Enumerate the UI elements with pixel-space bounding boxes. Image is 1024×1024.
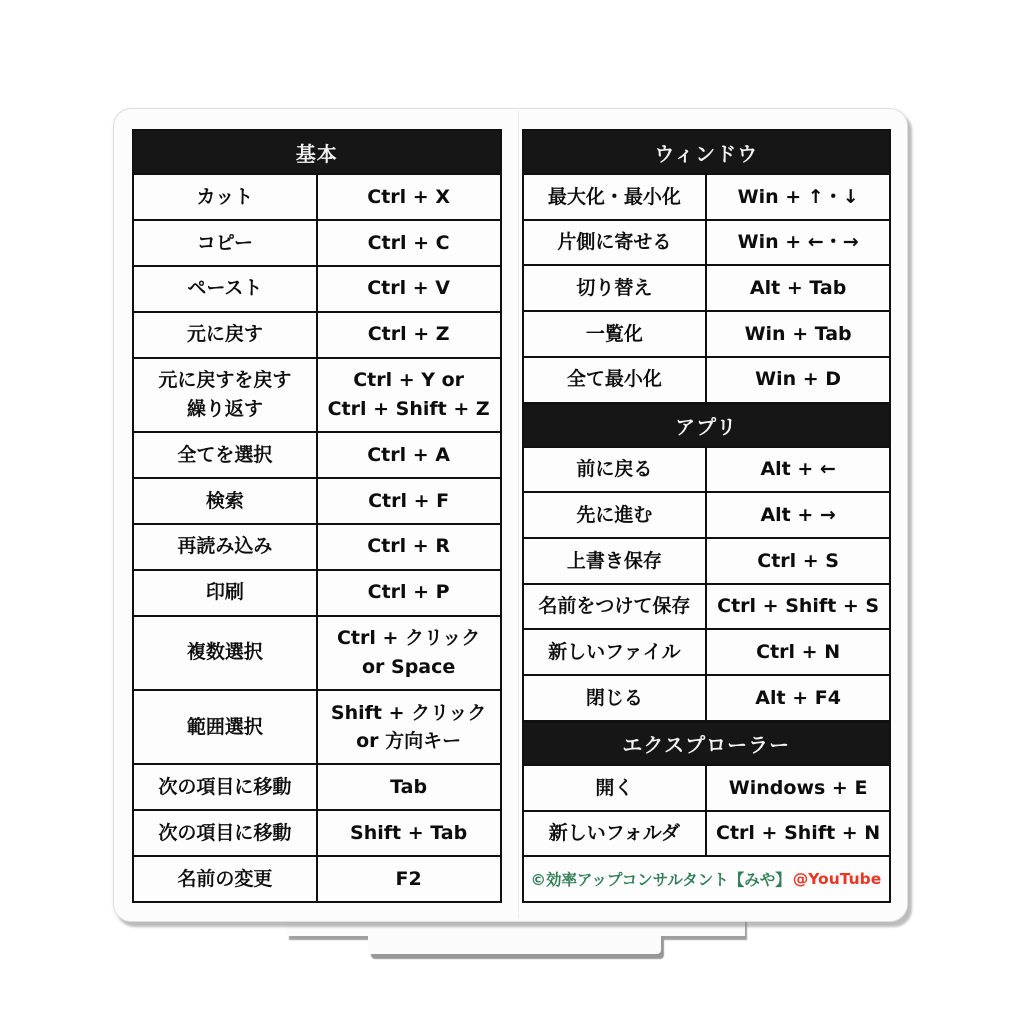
table-row: 先に進む Alt + → bbox=[524, 493, 890, 539]
keys-text: Ctrl + S bbox=[757, 547, 839, 576]
shortcut-keys: Win + D bbox=[707, 358, 889, 402]
table-row: 名前の変更 F2 bbox=[134, 857, 500, 901]
action-text: 片側に寄せる bbox=[557, 228, 671, 257]
action-label: 元に戻す bbox=[134, 313, 318, 357]
action-text: 上書き保存 bbox=[567, 547, 662, 576]
table-app-header: アプリ bbox=[524, 404, 890, 448]
table-row: 切り替え Alt + Tab bbox=[524, 266, 890, 312]
keys-text: Win + D bbox=[755, 365, 841, 394]
action-label: 元に戻すを戻す 繰り返す bbox=[134, 359, 318, 431]
table-row: 最大化・最小化 Win + ↑・↓ bbox=[524, 175, 890, 221]
shortcut-keys: Ctrl + Y or Ctrl + Shift + Z bbox=[318, 359, 500, 431]
table-window-app-explorer: ウィンドウ 最大化・最小化 Win + ↑・↓ 片側に寄せる Win + ←・→… bbox=[522, 129, 892, 903]
keys-text: Alt + Tab bbox=[750, 274, 846, 303]
action-text: 全て最小化 bbox=[567, 365, 662, 394]
action-text: 複数選択 bbox=[187, 638, 263, 667]
shortcut-keys: Ctrl + V bbox=[318, 267, 500, 311]
action-label: 前に戻る bbox=[524, 448, 708, 492]
action-text-line2: 繰り返す bbox=[187, 395, 263, 424]
action-label: 切り替え bbox=[524, 266, 708, 310]
table-row: コピー Ctrl + C bbox=[134, 221, 500, 267]
action-label: 全て最小化 bbox=[524, 358, 708, 402]
keys-text: Alt + F4 bbox=[755, 684, 841, 713]
action-label: 新しいフォルダ bbox=[524, 812, 708, 856]
table-row: 前に戻る Alt + ← bbox=[524, 448, 890, 494]
credit-text: ©効率アップコンサルタント【みや】 bbox=[531, 868, 791, 890]
table-row: 開く Windows + E bbox=[524, 766, 890, 812]
table-row: 上書き保存 Ctrl + S bbox=[524, 539, 890, 585]
shortcut-keys: Ctrl + Shift + S bbox=[707, 585, 889, 629]
shortcut-keys: Win + ↑・↓ bbox=[707, 175, 889, 219]
action-label: ペースト bbox=[134, 267, 318, 311]
action-label: 全てを選択 bbox=[134, 433, 318, 477]
shortcut-keys: Ctrl + R bbox=[318, 525, 500, 569]
action-label: 片側に寄せる bbox=[524, 221, 708, 265]
action-label: 一覧化 bbox=[524, 312, 708, 356]
keys-text: Shift + Tab bbox=[350, 819, 467, 848]
keys-text-line2: Ctrl + Shift + Z bbox=[328, 395, 490, 424]
shortcut-keys: Ctrl + Shift + N bbox=[707, 812, 889, 856]
table-row: 新しいファイル Ctrl + N bbox=[524, 630, 890, 676]
action-text: カット bbox=[196, 183, 253, 212]
keys-text: Ctrl + F bbox=[368, 487, 449, 516]
action-label: 名前の変更 bbox=[134, 857, 318, 901]
shortcut-keys: Ctrl + S bbox=[707, 539, 889, 583]
shortcut-keys: Ctrl + A bbox=[318, 433, 500, 477]
shortcut-keys: Alt + ← bbox=[707, 448, 889, 492]
shortcut-keys: Ctrl + C bbox=[318, 221, 500, 265]
table-row: 新しいフォルダ Ctrl + Shift + N bbox=[524, 812, 890, 858]
action-label: 次の項目に移動 bbox=[134, 765, 318, 809]
product-mockup: 基本 カット Ctrl + X コピー Ctrl + C ペースト Ctrl +… bbox=[0, 0, 1024, 1024]
table-row: カット Ctrl + X bbox=[134, 175, 500, 221]
action-label: 先に進む bbox=[524, 493, 708, 537]
keys-text: Ctrl + C bbox=[368, 229, 450, 258]
acrylic-panel: 基本 カット Ctrl + X コピー Ctrl + C ペースト Ctrl +… bbox=[113, 108, 908, 922]
action-label: 印刷 bbox=[134, 571, 318, 615]
action-text: 再読み込み bbox=[177, 532, 272, 561]
action-label: 開く bbox=[524, 766, 708, 810]
table-row: 元に戻すを戻す 繰り返す Ctrl + Y or Ctrl + Shift + … bbox=[134, 359, 500, 433]
table-basic-header: 基本 bbox=[134, 131, 500, 175]
action-text: 新しいファイル bbox=[548, 638, 681, 667]
shortcut-keys: Shift + クリック or 方向キー bbox=[318, 691, 500, 763]
keys-text: Ctrl + N bbox=[756, 638, 840, 667]
keys-text-line2: or Space bbox=[362, 653, 455, 682]
action-label: 範囲選択 bbox=[134, 691, 318, 763]
credit-row: ©効率アップコンサルタント【みや】 @YouTube bbox=[524, 857, 890, 901]
action-label: 名前をつけて保存 bbox=[524, 585, 708, 629]
action-text: 検索 bbox=[206, 487, 244, 516]
table-row: 片側に寄せる Win + ←・→ bbox=[524, 221, 890, 267]
table-row: 閉じる Alt + F4 bbox=[524, 676, 890, 722]
action-label: コピー bbox=[134, 221, 318, 265]
keys-text: Win + ←・→ bbox=[738, 228, 859, 257]
keys-text: F2 bbox=[396, 865, 422, 894]
table-basic: 基本 カット Ctrl + X コピー Ctrl + C ペースト Ctrl +… bbox=[132, 129, 502, 903]
keys-text: Alt + → bbox=[760, 501, 835, 530]
keys-text: Shift + クリック bbox=[331, 699, 486, 728]
table-explorer-header: エクスプローラー bbox=[524, 722, 890, 766]
shortcut-keys: Tab bbox=[318, 765, 500, 809]
action-text: 名前をつけて保存 bbox=[538, 592, 690, 621]
keys-text: Ctrl + R bbox=[367, 532, 450, 561]
keys-text: Ctrl + クリック bbox=[337, 624, 480, 653]
action-text: 元に戻すを戻す bbox=[158, 366, 291, 395]
table-row: 複数選択 Ctrl + クリック or Space bbox=[134, 617, 500, 691]
action-text: 最大化・最小化 bbox=[548, 183, 681, 212]
shortcut-keys: Ctrl + P bbox=[318, 571, 500, 615]
table-row: 名前をつけて保存 Ctrl + Shift + S bbox=[524, 585, 890, 631]
action-label: 新しいファイル bbox=[524, 630, 708, 674]
keys-text: Alt + ← bbox=[760, 455, 835, 484]
keys-text: Win + ↑・↓ bbox=[738, 183, 859, 212]
table-row: 範囲選択 Shift + クリック or 方向キー bbox=[134, 691, 500, 765]
action-label: 複数選択 bbox=[134, 617, 318, 689]
table-row: 次の項目に移動 Tab bbox=[134, 765, 500, 811]
shortcut-keys: Ctrl + クリック or Space bbox=[318, 617, 500, 689]
action-text: 範囲選択 bbox=[187, 713, 263, 742]
shortcut-keys: Ctrl + N bbox=[707, 630, 889, 674]
tables-area: 基本 カット Ctrl + X コピー Ctrl + C ペースト Ctrl +… bbox=[132, 129, 891, 903]
table-row: 検索 Ctrl + F bbox=[134, 479, 500, 525]
keys-text: Ctrl + X bbox=[367, 183, 450, 212]
keys-text: Ctrl + Z bbox=[368, 320, 450, 349]
action-text: 次の項目に移動 bbox=[158, 819, 291, 848]
action-text: 次の項目に移動 bbox=[158, 773, 291, 802]
keys-text: Ctrl + P bbox=[368, 578, 450, 607]
keys-text: Tab bbox=[390, 773, 427, 802]
action-label: 次の項目に移動 bbox=[134, 811, 318, 855]
keys-text: Win + Tab bbox=[745, 320, 852, 349]
action-label: 再読み込み bbox=[134, 525, 318, 569]
keys-text: Ctrl + A bbox=[367, 441, 450, 470]
shortcut-keys: Ctrl + F bbox=[318, 479, 500, 523]
keys-text: Ctrl + V bbox=[367, 274, 450, 303]
action-label: 最大化・最小化 bbox=[524, 175, 708, 219]
action-label: カット bbox=[134, 175, 318, 219]
action-text: 前に戻る bbox=[576, 455, 652, 484]
action-text: 印刷 bbox=[206, 578, 244, 607]
action-text: 元に戻す bbox=[187, 320, 263, 349]
action-label: 上書き保存 bbox=[524, 539, 708, 583]
table-row: 元に戻す Ctrl + Z bbox=[134, 313, 500, 359]
action-text: 先に進む bbox=[576, 501, 652, 530]
table-row: 再読み込み Ctrl + R bbox=[134, 525, 500, 571]
youtube-handle: @YouTube bbox=[793, 870, 882, 888]
action-text: 開く bbox=[595, 774, 633, 803]
shortcut-keys: Ctrl + Z bbox=[318, 313, 500, 357]
action-text: 切り替え bbox=[576, 274, 652, 303]
keys-text: Ctrl + Shift + S bbox=[717, 592, 879, 621]
action-text: 名前の変更 bbox=[177, 865, 272, 894]
action-text: コピー bbox=[197, 229, 253, 258]
keys-text: Ctrl + Shift + N bbox=[716, 819, 880, 848]
action-label: 閉じる bbox=[524, 676, 708, 720]
table-row: 全て最小化 Win + D bbox=[524, 358, 890, 404]
table-window-header: ウィンドウ bbox=[524, 131, 890, 175]
table-row: 一覧化 Win + Tab bbox=[524, 312, 890, 358]
shortcut-keys: Alt + Tab bbox=[707, 266, 889, 310]
action-text: 閉じる bbox=[586, 684, 643, 713]
shortcut-keys: Win + Tab bbox=[707, 312, 889, 356]
keys-text-line2: or 方向キー bbox=[356, 727, 461, 756]
table-row: 次の項目に移動 Shift + Tab bbox=[134, 811, 500, 857]
table-row: 印刷 Ctrl + P bbox=[134, 571, 500, 617]
shortcut-keys: Ctrl + X bbox=[318, 175, 500, 219]
shortcut-keys: Win + ←・→ bbox=[707, 221, 889, 265]
shortcut-keys: Shift + Tab bbox=[318, 811, 500, 855]
action-text: 一覧化 bbox=[586, 320, 643, 349]
shortcut-keys: Alt + → bbox=[707, 493, 889, 537]
action-text: ペースト bbox=[187, 274, 262, 303]
keys-text: Ctrl + Y or bbox=[353, 366, 464, 395]
action-text: 新しいフォルダ bbox=[549, 819, 680, 848]
shortcut-keys: F2 bbox=[318, 857, 500, 901]
action-text: 全てを選択 bbox=[177, 441, 272, 470]
shortcut-keys: Windows + E bbox=[707, 766, 889, 810]
keys-text: Windows + E bbox=[729, 774, 868, 803]
action-label: 検索 bbox=[134, 479, 318, 523]
table-row: 全てを選択 Ctrl + A bbox=[134, 433, 500, 479]
shortcut-keys: Alt + F4 bbox=[707, 676, 889, 720]
table-row: ペースト Ctrl + V bbox=[134, 267, 500, 313]
